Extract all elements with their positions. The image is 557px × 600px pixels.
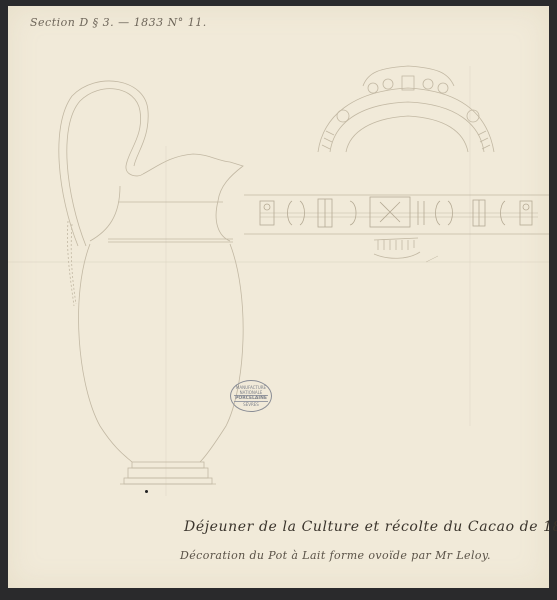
ink-dot	[145, 490, 148, 493]
pencil-drawing	[8, 6, 549, 588]
stamp-top-text: MANUFACTURE NATIONALE	[231, 385, 271, 395]
reference-note: Section D § 3. — 1833 N° 11.	[30, 16, 207, 29]
caption-title: Déjeuner de la Culture et récolte du Cac…	[184, 519, 557, 535]
caption-subtitle: Décoration du Pot à Lait forme ovoïde pa…	[180, 549, 491, 562]
drawing-sheet: Section D § 3. — 1833 N° 11. MANUFACTURE…	[8, 6, 549, 588]
stamp-center-text: PORCELAINE	[234, 395, 268, 402]
stamp-bottom-text: SÈVRES	[243, 402, 259, 407]
collection-stamp: MANUFACTURE NATIONALE PORCELAINE SÈVRES	[230, 380, 272, 412]
